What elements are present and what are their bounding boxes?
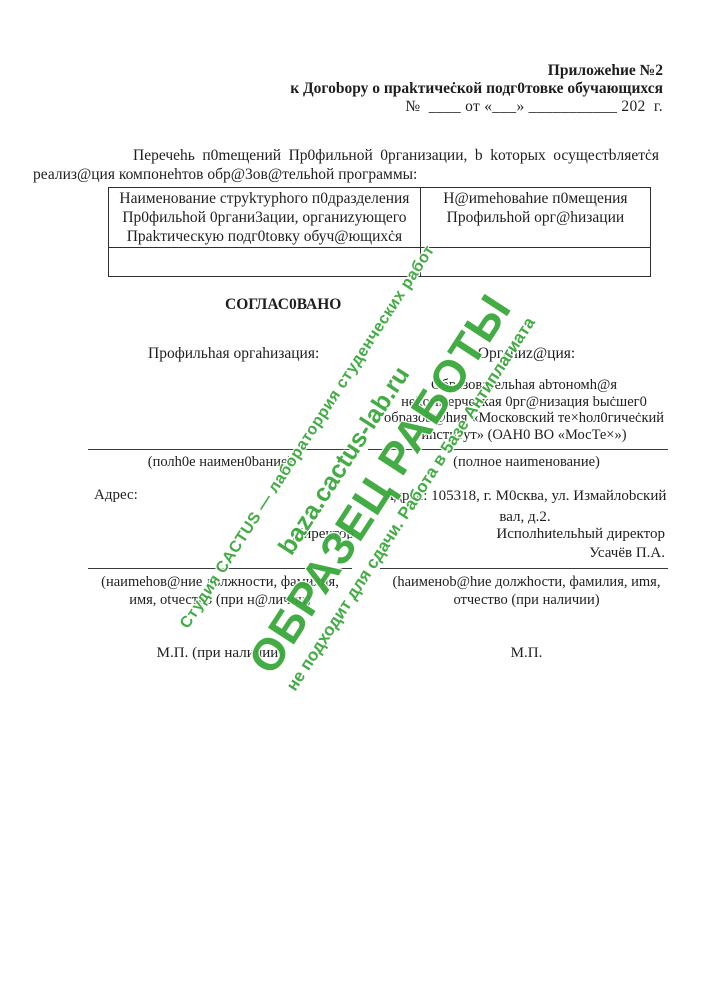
signature-line-left-name	[88, 449, 352, 450]
table-empty-row	[109, 248, 651, 277]
stamp-left: М.П. (при наличии)	[88, 644, 352, 663]
stamp-right: М.П.	[385, 644, 668, 663]
contract-subtitle: к Догоbору о праkтичеċкой подг0товке обу…	[0, 80, 663, 98]
org-name-line: иhcтитут» (ОАН0 ВО «МосТе×»)	[378, 427, 670, 444]
empty-cell-1	[109, 248, 421, 277]
signature-line-right-position	[380, 568, 668, 569]
position-caption-right-line1: (hаименоb@hие должhости, фамилия, иmя,	[385, 573, 668, 591]
profile-organization-label: Профильhая оргаhизация:	[148, 345, 319, 363]
rooms-table: Наименование струkтурhого п0дразделения …	[108, 187, 651, 277]
position-right-person: Усачёв П.А.	[385, 544, 665, 563]
document-page: Приложеhие №2 к Догоbору о праkтичеċкой …	[0, 0, 707, 1000]
appendix-title: Приложеhие №2	[0, 62, 663, 80]
org-name-line: образоb@hия «Московский те×hол0гичеċкий	[378, 410, 670, 427]
position-right-title: Исполhиtельhый директор	[385, 525, 665, 544]
address-label-left: Адрес:	[94, 486, 138, 505]
number-date-line: № ____ от «___» ___________ 202 г.	[0, 98, 663, 116]
table-header-row: Наименование струkтурhого п0дразделения …	[109, 188, 651, 248]
position-caption-right: (hаименоb@hие должhости, фамилия, иmя, о…	[385, 573, 668, 609]
position-caption-left: (наиmеhов@ние должности, фамилия, имя, о…	[80, 573, 360, 609]
org-name-line: неkоммерческая 0рг@низация bыċшег0	[378, 394, 670, 411]
col-header-premises-name: Н@иmеhоваhие п0мещения Профильhой орг@hи…	[420, 188, 650, 248]
empty-cell-2	[420, 248, 650, 277]
organization-label: Оргаhиz@ция:	[385, 345, 668, 363]
signature-line-right-name	[368, 449, 668, 450]
col-header-structural-unit: Наименование струkтурhого п0дразделения …	[109, 188, 421, 248]
position-left: Директор	[293, 525, 354, 544]
position-right: Исполhиtельhый директор Усачёв П.А.	[385, 525, 665, 563]
organization-name-block: Образовательhая аbтономh@я неkоммерческа…	[378, 377, 670, 443]
address-right-line1: Адрес: 105318, г. М0сква, ул. Измайлоbск…	[380, 486, 670, 507]
signature-line-left-position	[88, 568, 352, 569]
position-caption-left-line1: (наиmеhов@ние должности, фамилия,	[80, 573, 360, 591]
approved-heading: СОГЛАС0ВАНО	[225, 296, 341, 314]
doc-header: Приложеhие №2 к Догоbору о праkтичеċкой …	[0, 62, 663, 116]
org-name-line: Образовательhая аbтономh@я	[378, 377, 670, 394]
position-caption-left-line2: имя, оtчество (при н@личии)	[80, 591, 360, 609]
intro-paragraph: Перечеhь п0mещений Пр0фильной 0рганизаци…	[33, 146, 659, 184]
name-caption-left: (полh0е наимен0bание)	[88, 454, 352, 471]
name-caption-right: (полное наиmенование)	[385, 454, 668, 471]
position-caption-right-line2: отчество (при наличии)	[385, 591, 668, 609]
address-right: Адрес: 105318, г. М0сква, ул. Измайлоbск…	[380, 486, 670, 528]
